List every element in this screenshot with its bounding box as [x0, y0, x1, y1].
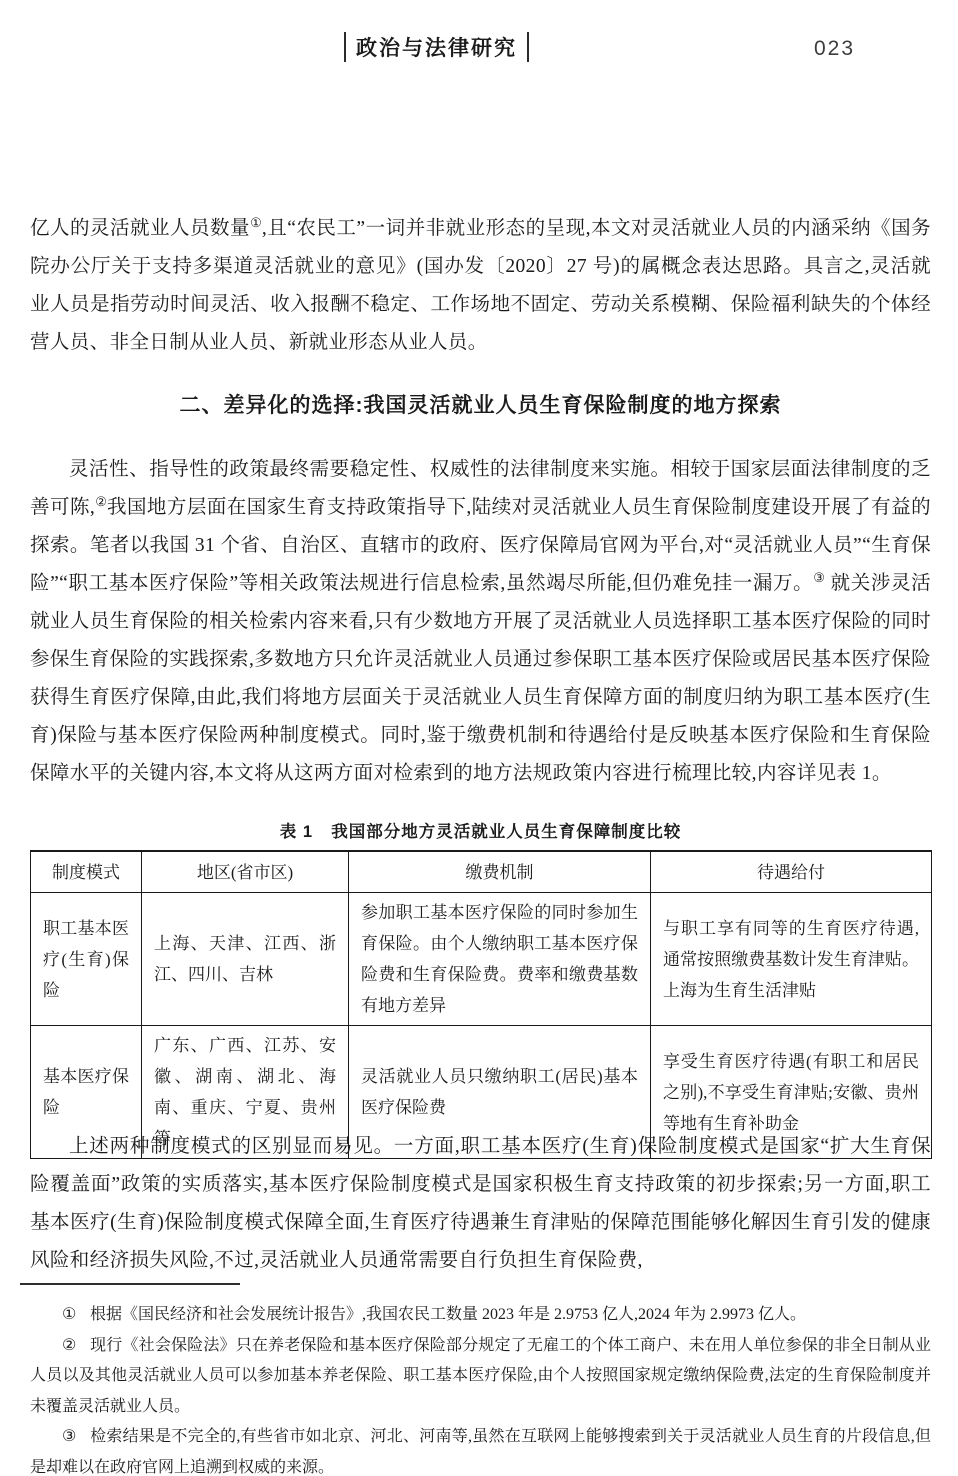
footnote-ref-2: ②: [95, 494, 107, 509]
col-header-mode: 制度模式: [31, 851, 142, 893]
page-header: 政治与法律研究 023: [0, 0, 958, 80]
paragraph-exploration-text-2: 我国地方层面在国家生育支持政策指导下,陆续对灵活就业人员生育保险制度建设开展了有…: [30, 497, 931, 594]
page-number: 023: [814, 37, 855, 61]
table-caption-label: 表 1: [280, 823, 313, 841]
paragraph-intro: 亿人的灵活就业人员数量①,且“农民工”一词并非就业形态的呈现,本文对灵活就业人员…: [30, 210, 931, 362]
footnote-3-text: 检索结果是不完全的,有些省市如北京、河北、河南等,虽然在互联网上能够搜索到关于灵…: [30, 1428, 931, 1476]
footnote-3: ③检索结果是不完全的,有些省市如北京、河北、河南等,虽然在互联网上能够搜索到关于…: [30, 1422, 931, 1476]
footnote-3-marker: ③: [62, 1428, 77, 1445]
cell-mechanism-employee: 参加职工基本医疗保险的同时参加生育保险。由个人缴纳职工基本医疗保险费和生育保险费…: [349, 893, 651, 1026]
journal-title-block: 政治与法律研究: [344, 30, 529, 64]
footnote-2-text: 现行《社会保险法》只在养老保险和基本医疗保险部分规定了无雇工的个体工商户、未在用…: [30, 1337, 931, 1415]
footnote-2-marker: ②: [62, 1337, 77, 1354]
footnote-1: ①根据《国民经济和社会发展统计报告》,我国农民工数量 2023 年是 2.975…: [30, 1300, 931, 1331]
cell-regions-employee: 上海、天津、江西、浙江、四川、吉林: [142, 893, 349, 1026]
footnote-separator: [20, 1283, 240, 1285]
col-header-regions: 地区(省市区): [142, 851, 349, 893]
cell-mode-employee: 职工基本医疗(生育)保险: [31, 893, 142, 1026]
footnote-1-marker: ①: [62, 1306, 76, 1323]
table-header-row: 制度模式 地区(省市区) 缴费机制 待遇给付: [31, 851, 932, 893]
col-header-mechanism: 缴费机制: [349, 851, 651, 893]
footnotes: ①根据《国民经济和社会发展统计报告》,我国农民工数量 2023 年是 2.975…: [30, 1300, 931, 1476]
paragraph-exploration-text-3: 就关涉灵活就业人员生育保险的相关检索内容来看,只有少数地方开展了灵活就业人员选择…: [30, 573, 931, 784]
col-header-benefits: 待遇给付: [651, 851, 932, 893]
paragraph-comparison: 上述两种制度模式的区别显而易见。一方面,职工基本医疗(生育)保险制度模式是国家“…: [30, 1128, 931, 1280]
journal-title: 政治与法律研究: [346, 32, 527, 62]
footnote-1-text: 根据《国民经济和社会发展统计报告》,我国农民工数量 2023 年是 2.9753…: [90, 1306, 806, 1323]
table-caption-title: 我国部分地方灵活就业人员生育保障制度比较: [331, 823, 681, 841]
comparison-table: 制度模式 地区(省市区) 缴费机制 待遇给付 职工基本医疗(生育)保险 上海、天…: [30, 850, 932, 1159]
table-caption: 表 1我国部分地方灵活就业人员生育保障制度比较: [30, 818, 931, 842]
table-row: 职工基本医疗(生育)保险 上海、天津、江西、浙江、四川、吉林 参加职工基本医疗保…: [31, 893, 932, 1026]
paragraph-exploration: 灵活性、指导性的政策最终需要稳定性、权威性的法律制度来实施。相较于国家层面法律制…: [30, 451, 931, 793]
footnote-2: ②现行《社会保险法》只在养老保险和基本医疗保险部分规定了无雇工的个体工商户、未在…: [30, 1331, 931, 1423]
title-right-bar: [527, 32, 529, 62]
cell-benefits-employee: 与职工享有同等的生育医疗待遇,通常按照缴费基数计发生育津贴。上海为生育生活津贴: [651, 893, 932, 1026]
journal-page: 政治与法律研究 023 亿人的灵活就业人员数量①,且“农民工”一词并非就业形态的…: [0, 0, 958, 1476]
paragraph-intro-text: 亿人的灵活就业人员数量: [30, 218, 250, 239]
footnote-ref-3: ③: [813, 570, 825, 585]
footnote-ref-1: ①: [250, 215, 262, 230]
section-heading: 二、差异化的选择:我国灵活就业人员生育保险制度的地方探索: [30, 389, 931, 419]
